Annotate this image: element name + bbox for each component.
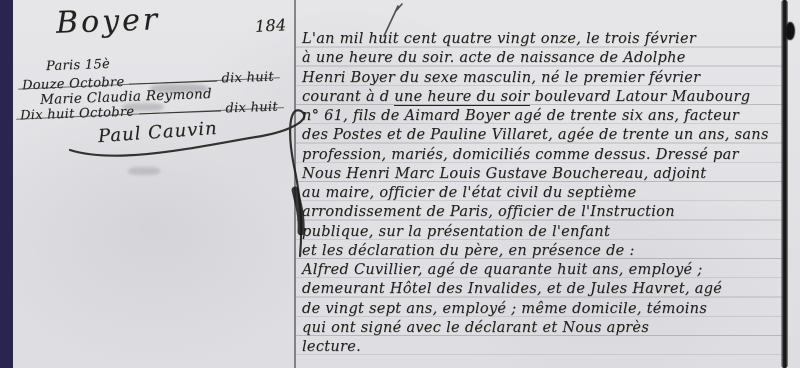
line-text: Alfred Cuvillier, agé de quarante huit a… [302,262,703,278]
scan-background-band [0,0,13,368]
manuscript-line: n° 61, fils de Aimard Boyer agé de trent… [302,107,784,126]
underlined-text: une heure du soir [394,89,529,106]
manuscript-line: Alfred Cuvillier, agé de quarante huit a… [302,261,784,280]
line-text: courant à d [302,89,394,105]
line-text: à une heure du soir. acte de naissance d… [302,50,686,66]
line-text: boulevard Latour Maubourg [530,89,751,105]
line-text: Nous Henri Marc Louis Gustave Bouchereau… [302,166,706,182]
line-text: n° 61, fils de Aimard Boyer agé de trent… [302,108,739,124]
signature-flourish-stroke [60,98,330,258]
line-text: des Postes et de Pauline Villaret, agée … [302,127,769,143]
manuscript-line: L'an mil huit cent quatre vingt onze, le… [302,30,784,49]
line-text: de vingt sept ans, employé ; même domici… [302,301,707,317]
line-text: au maire, officier de l'état civil du se… [302,185,636,201]
line-text: et les déclaration du père, en présence … [302,243,635,259]
manuscript-line: des Postes et de Pauline Villaret, agée … [302,126,784,145]
manuscript-line: au maire, officier de l'état civil du se… [302,184,784,203]
pen-leader-line [129,81,216,85]
margin-note-place: Paris 15è [46,57,111,74]
manuscript-line: profession, mariés, domiciliés comme des… [302,146,784,165]
manuscript-line: Nous Henri Marc Louis Gustave Bouchereau… [302,165,784,184]
act-number: 184 [255,15,287,36]
manuscript-line: courant à d une heure du soir boulevard … [302,88,784,107]
manuscript-line: à une heure du soir. acte de naissance d… [302,49,784,68]
line-text: Henri Boyer du sexe masculin, né le prem… [302,70,700,86]
scanned-register-page: Boyer 184 Paris 15è Douze Octobre dix hu… [0,0,800,368]
manuscript-line: arrondissement de Paris, officier de l'I… [302,203,784,222]
line-text: demeurant Hôtel des Invalides, et de Jul… [302,281,722,297]
line-text: qui ont signé avec le déclarant et Nous … [302,320,649,336]
manuscript-line: demeurant Hôtel des Invalides, et de Jul… [302,280,784,299]
line-text: L'an mil huit cent quatre vingt onze, le… [302,31,696,47]
manuscript-line: et les déclaration du père, en présence … [302,242,784,261]
act-body-text: L'an mil huit cent quatre vingt onze, le… [302,30,784,357]
manuscript-line: lecture. [302,338,784,357]
manuscript-line: de vingt sept ans, employé ; même domici… [302,300,784,319]
manuscript-line: publique, sur la présentation de l'enfan… [302,223,784,242]
line-text: publique, sur la présentation de l'enfan… [302,224,610,240]
line-text: arrondissement de Paris, officier de l'I… [302,204,675,220]
manuscript-line: qui ont signé avec le déclarant et Nous … [302,319,784,338]
line-text: profession, mariés, domiciliés comme des… [302,147,739,163]
act-surname-heading: Boyer [55,2,160,41]
margin-note-year-text: dix huit [221,70,274,87]
manuscript-line: Henri Boyer du sexe masculin, né le prem… [302,69,784,88]
gutter-ink-blob [786,22,795,40]
line-text: lecture. [302,339,361,355]
